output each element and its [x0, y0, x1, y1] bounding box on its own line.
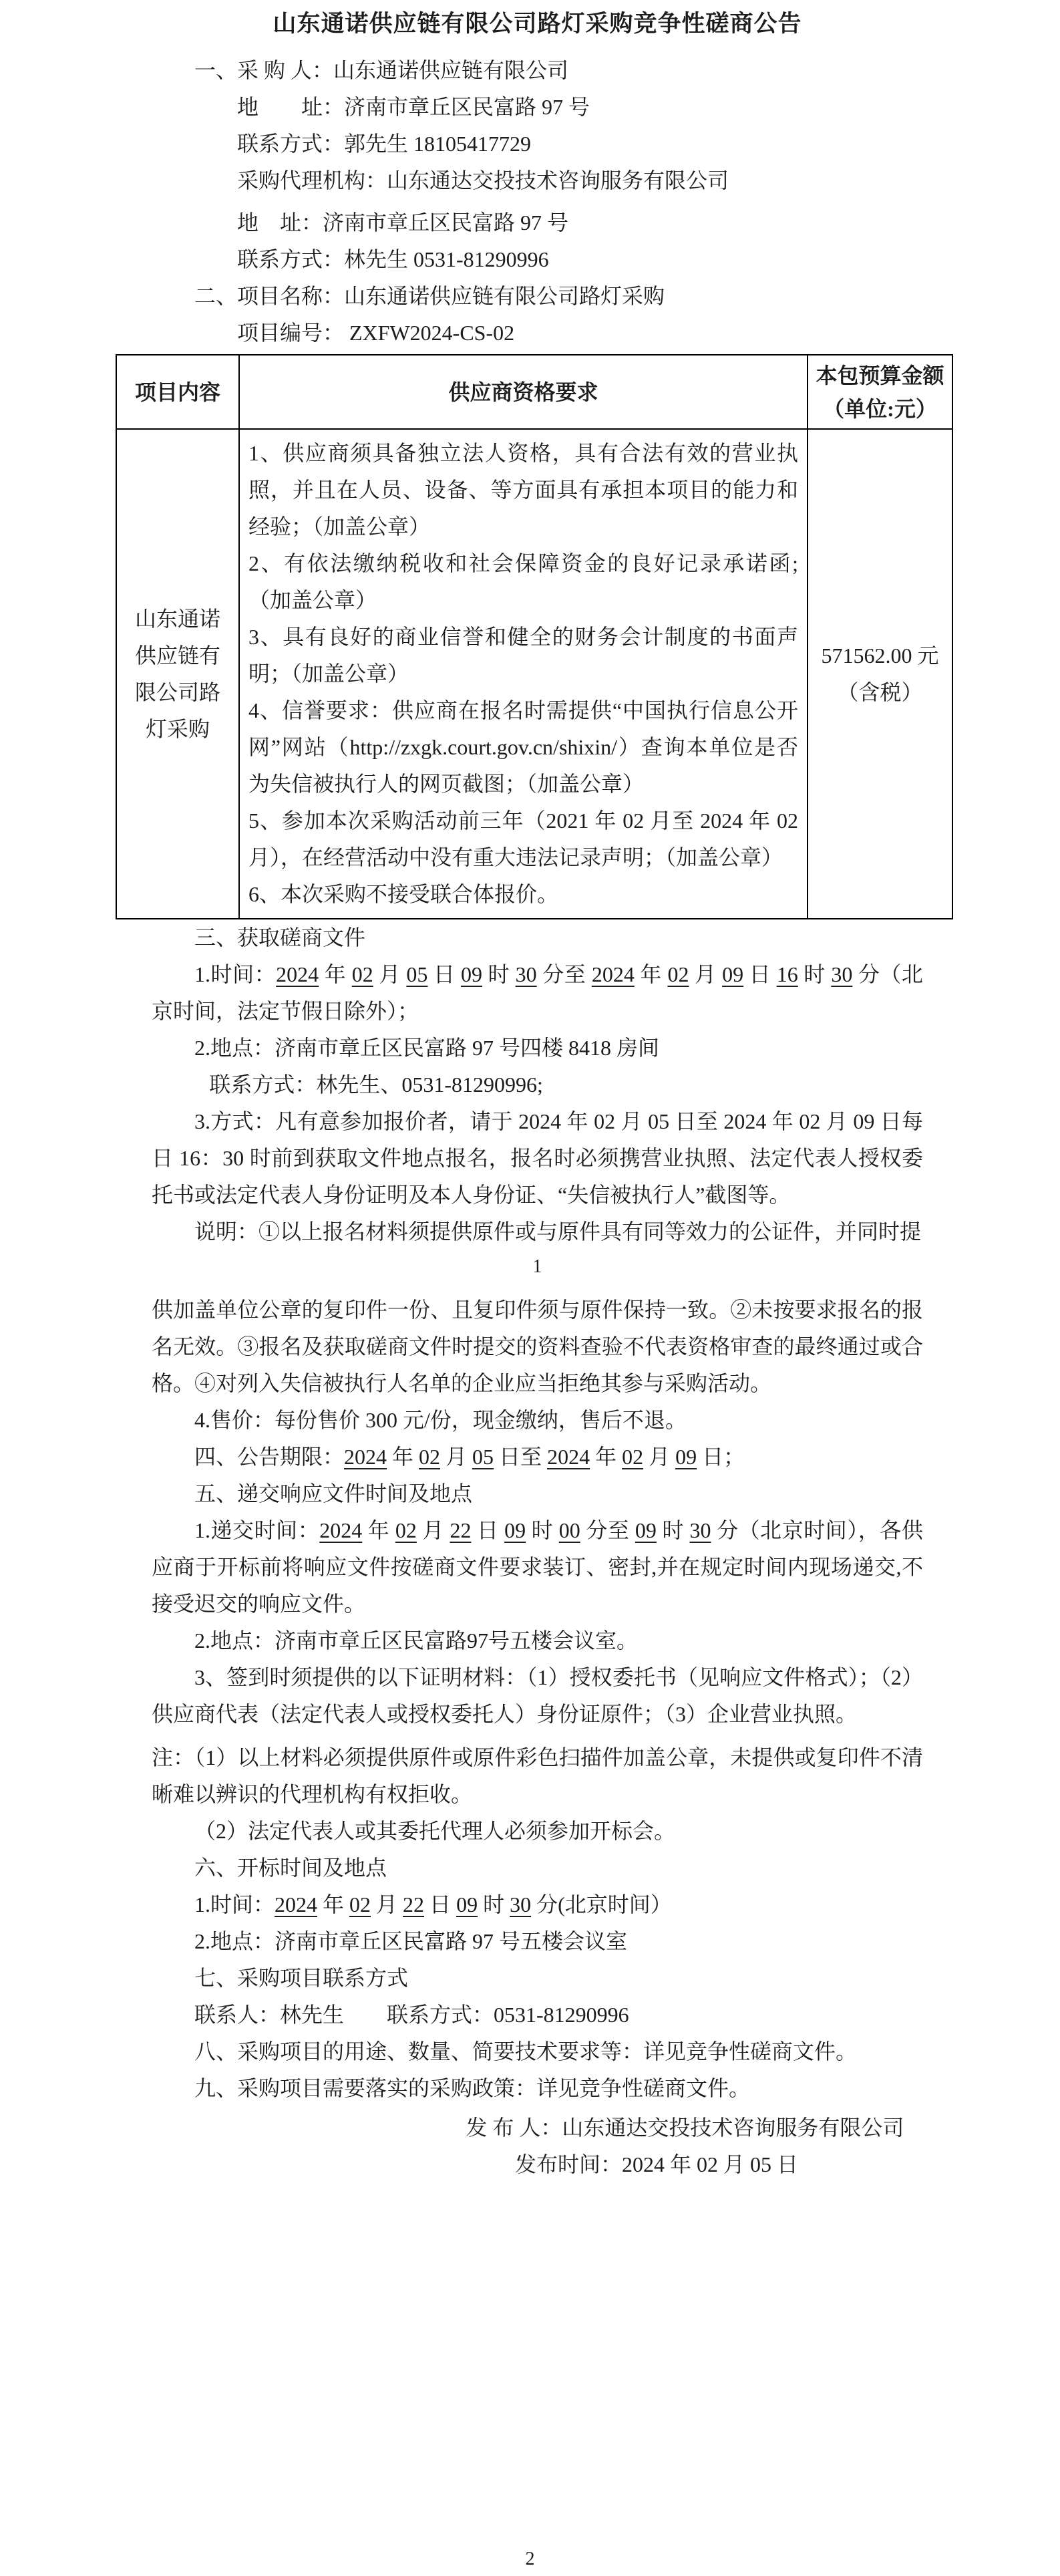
- project-contact-line: 联系人：林先生 联系方式：0531-81290996: [152, 1997, 923, 2033]
- text-run: 年: [319, 962, 352, 986]
- text-run: 年: [317, 1892, 349, 1916]
- project-item-cell: 山东通诺供应链有限公司路灯采购: [116, 429, 239, 919]
- requirement-item-2: 2、有依法缴纳税收和社会保障资金的良好记录承诺函;（加盖公章）: [248, 545, 798, 619]
- text-run: 日至: [494, 1445, 547, 1469]
- text-run: 分(北京时间）: [531, 1892, 672, 1916]
- text-run: 月: [373, 962, 407, 986]
- obtain-location-line: 2.地点：济南市章丘区民富路 97 号四楼 8418 房间: [152, 1030, 923, 1066]
- underlined-date-value: 2024: [276, 962, 319, 986]
- underlined-date-value: 22: [403, 1892, 424, 1916]
- section5-heading: 五、递交响应文件时间及地点: [152, 1475, 923, 1512]
- agency-contact-line: 联系方式：林先生 0531-81290996: [152, 241, 923, 278]
- header-project-content: 项目内容: [116, 355, 239, 429]
- text-run: 时: [478, 1892, 510, 1916]
- agency-address-line: 地 址：济南市章丘区民富路 97 号: [152, 204, 923, 241]
- underlined-date-value: 30: [516, 962, 537, 986]
- table-header-row: 项目内容 供应商资格要求 本包预算金额 （单位:元）: [116, 355, 952, 429]
- text-run: 月: [417, 1518, 450, 1542]
- text-run: 月: [643, 1445, 675, 1469]
- submit-location-line: 2.地点：济南市章丘区民富路97号五楼会议室。: [152, 1622, 923, 1659]
- section8-line: 八、采购项目的用途、数量、简要技术要求等：详见竞争性磋商文件。: [152, 2033, 923, 2070]
- underlined-date-value: 09: [722, 962, 743, 986]
- text-run: 日: [427, 962, 461, 986]
- underlined-date-value: 09: [461, 962, 482, 986]
- underlined-date-value: 2024: [547, 1445, 590, 1469]
- header-supplier-qualification: 供应商资格要求: [239, 355, 808, 429]
- section7-heading: 七、采购项目联系方式: [152, 1960, 923, 1997]
- obtain-note-part1-line: 说明：①以上报名材料须提供原件或与原件具有同等效力的公证件，并同时提: [152, 1213, 923, 1250]
- text-run: 年: [362, 1518, 395, 1542]
- underlined-date-value: 16: [777, 962, 798, 986]
- header-budget-amount: 本包预算金额 （单位:元）: [808, 355, 952, 429]
- requirement-item-6: 6、本次采购不接受联合体报价。: [248, 876, 798, 913]
- project-requirements-table: 项目内容 供应商资格要求 本包预算金额 （单位:元） 山东通诺供应链有限公司路灯…: [116, 354, 953, 919]
- materials-note1-para: 注：（1）以上材料必须提供原件或原件彩色扫描件加盖公章，未提供或复印件不清晰难以…: [152, 1739, 923, 1813]
- qualification-requirements-cell: 1、供应商须具备独立法人资格，具有合法有效的营业执照，并且在人员、设备、等方面具…: [239, 429, 808, 919]
- text-run: 时: [482, 962, 516, 986]
- underlined-date-value: 05: [406, 962, 427, 986]
- underlined-date-value: 2024: [275, 1892, 317, 1916]
- underlined-date-value: 02: [622, 1445, 643, 1469]
- underlined-date-value: 09: [675, 1445, 697, 1469]
- text-run: 日: [472, 1518, 505, 1542]
- budget-amount-value: 571562.00 元 （含税）: [808, 429, 952, 919]
- project-number-line: 项目编号： ZXFW2024-CS-02: [152, 315, 923, 351]
- underlined-date-value: 2024: [319, 1518, 362, 1542]
- text-run: 日: [424, 1892, 456, 1916]
- text-run: 日；: [697, 1445, 745, 1469]
- underlined-date-value: 30: [510, 1892, 531, 1916]
- text-run: 月: [371, 1892, 403, 1916]
- obtain-note-part2-para: 供加盖单位公章的复印件一份、且复印件须与原件保持一致。②未按要求报名的报名无效。…: [152, 1292, 923, 1402]
- table-body-row: 山东通诺供应链有限公司路灯采购 1、供应商须具备独立法人资格，具有合法有效的营业…: [116, 429, 952, 919]
- text-run: 年: [635, 962, 668, 986]
- text-run: 四、公告期限：: [194, 1445, 344, 1469]
- obtain-contact-line: 联系方式：林先生、0531-81290996;: [152, 1066, 923, 1103]
- text-run: 分至: [537, 962, 592, 986]
- underlined-date-value: 09: [504, 1518, 526, 1542]
- publish-date-line: 发布时间：2024 年 02 月 05 日: [152, 2146, 923, 2183]
- requirement-item-4: 4、信誉要求：供应商在报名时需提供“中国执行信息公开网”网站（http://zx…: [248, 692, 798, 803]
- text-run: 月: [689, 962, 722, 986]
- underlined-date-value: 09: [635, 1518, 657, 1542]
- obtain-time-para: 1.时间：2024 年 02 月 05 日 09 时 30 分至 2024 年 …: [152, 956, 923, 1030]
- text-run: 时: [657, 1518, 690, 1542]
- project-name-line: 二、项目名称：山东通诺供应链有限公司路灯采购: [152, 278, 923, 315]
- document-content: 山东通诺供应链有限公司路灯采购竞争性磋商公告 一、采 购 人：山东通诺供应链有限…: [0, 8, 1060, 2183]
- opening-time-line: 1.时间：2024 年 02 月 22 日 09 时 30 分(北京时间）: [152, 1886, 923, 1923]
- underlined-date-value: 05: [472, 1445, 494, 1469]
- text-run: 日: [743, 962, 777, 986]
- signin-materials-para: 3、签到时须提供的以下证明材料：（1）授权委托书（见响应文件格式）；（2）供应商…: [152, 1659, 923, 1733]
- section3-heading: 三、获取磋商文件: [152, 919, 923, 956]
- purchaser-contact-line: 联系方式：郭先生 18105417729: [152, 126, 923, 162]
- document-price-line: 4.售价：每份售价 300 元/份，现金缴纳，售后不退。: [152, 1402, 923, 1439]
- text-run: 1.时间：: [194, 962, 276, 986]
- underlined-date-value: 2024: [592, 962, 635, 986]
- text-run: 年: [590, 1445, 622, 1469]
- text-run: 1.递交时间：: [194, 1518, 319, 1542]
- text-run: 1.时间：: [194, 1892, 275, 1916]
- underlined-date-value: 2024: [344, 1445, 387, 1469]
- publisher-line: 发 布 人：山东通达交投技术咨询服务有限公司: [152, 2110, 923, 2146]
- purchaser-line: 一、采 购 人：山东通诺供应链有限公司: [152, 52, 923, 89]
- underlined-date-value: 09: [456, 1892, 478, 1916]
- underlined-date-value: 02: [419, 1445, 440, 1469]
- obtain-method-para: 3.方式：凡有意参加报价者，请于 2024 年 02 月 05 日至 2024 …: [152, 1103, 923, 1213]
- underlined-date-value: 02: [667, 962, 689, 986]
- text-run: 年: [387, 1445, 419, 1469]
- underlined-date-value: 02: [349, 1892, 371, 1916]
- project-item-name: 山东通诺供应链有限公司路灯采购: [133, 601, 222, 748]
- text-run: 时: [526, 1518, 559, 1542]
- announcement-document: 山东通诺供应链有限公司路灯采购竞争性磋商公告 一、采 购 人：山东通诺供应链有限…: [0, 0, 1060, 2576]
- underlined-date-value: 22: [450, 1518, 472, 1542]
- submit-time-para: 1.递交时间：2024 年 02 月 22 日 09 时 00 分至 09 时 …: [152, 1512, 923, 1622]
- announcement-period-line: 四、公告期限：2024 年 02 月 05 日至 2024 年 02 月 09 …: [152, 1439, 923, 1475]
- underlined-date-value: 02: [395, 1518, 417, 1542]
- text-run: 分至: [580, 1518, 635, 1542]
- materials-note2-line: （2）法定代表人或其委托代理人必须参加开标会。: [152, 1813, 923, 1850]
- underlined-date-value: 00: [559, 1518, 580, 1542]
- requirement-item-5: 5、参加本次采购活动前三年（2021 年 02 月至 2024 年 02 月），…: [248, 803, 798, 876]
- underlined-date-value: 02: [352, 962, 373, 986]
- opening-location-line: 2.地点：济南市章丘区民富路 97 号五楼会议室: [152, 1923, 923, 1960]
- purchaser-address-line: 地 址：济南市章丘区民富路 97 号: [152, 89, 923, 126]
- document-title: 山东通诺供应链有限公司路灯采购竞争性磋商公告: [152, 8, 923, 40]
- requirement-item-1: 1、供应商须具备独立法人资格，具有合法有效的营业执照，并且在人员、设备、等方面具…: [248, 435, 798, 545]
- underlined-date-value: 30: [690, 1518, 711, 1542]
- requirement-item-3: 3、具有良好的商业信誉和健全的财务会计制度的书面声明；（加盖公章）: [248, 619, 798, 692]
- section9-line: 九、采购项目需要落实的采购政策：详见竞争性磋商文件。: [152, 2070, 923, 2107]
- underlined-date-value: 30: [831, 962, 852, 986]
- page-number-2: 2: [0, 2543, 1060, 2575]
- section6-heading: 六、开标时间及地点: [152, 1850, 923, 1886]
- text-run: 月: [440, 1445, 472, 1469]
- agency-line: 采购代理机构：山东通达交投技术咨询服务有限公司: [152, 162, 923, 199]
- page-number-1: 1: [152, 1250, 923, 1284]
- text-run: 时: [798, 962, 832, 986]
